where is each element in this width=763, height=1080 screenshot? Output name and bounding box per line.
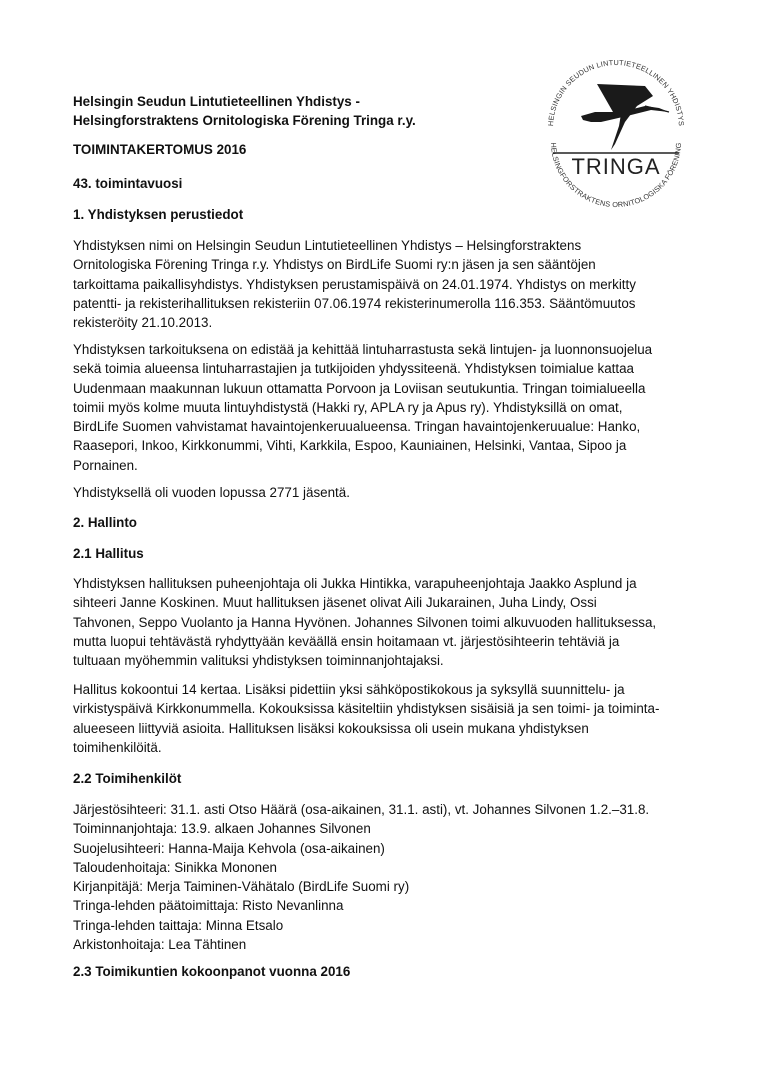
staff-item: Toiminnanjohtaja: 13.9. alkaen Johannes … [73, 819, 649, 838]
paragraph-purpose: Yhdistyksen tarkoituksena on edistää ja … [73, 340, 652, 475]
staff-list: Järjestösihteeri: 31.1. asti Otso Häärä … [73, 800, 649, 954]
text-line: Yhdistyksen nimi on Helsingin Seudun Lin… [73, 236, 636, 255]
text-line: Yhdistyksen tarkoituksena on edistää ja … [73, 340, 652, 359]
bird-silhouette-icon [581, 84, 669, 150]
staff-item: Suojelusihteeri: Hanna-Maija Kehvola (os… [73, 839, 649, 858]
text-line: Pornainen. [73, 456, 652, 475]
organization-title: Helsingin Seudun Lintutieteellinen Yhdis… [73, 92, 416, 130]
logo-wordmark-text: TRINGA [571, 154, 660, 179]
text-line: Ornitologiska Förening Tringa r.y. Yhdis… [73, 255, 636, 274]
staff-item: Tringa-lehden päätoimittaja: Risto Nevan… [73, 896, 649, 915]
text-line: toimihenkilöitä. [73, 738, 659, 757]
staff-item: Arkistonhoitaja: Lea Tähtinen [73, 935, 649, 954]
staff-item: Järjestösihteeri: 31.1. asti Otso Häärä … [73, 800, 649, 819]
heading-section-2-2: 2.2 Toimihenkilöt [73, 769, 181, 788]
text-line: mutta luopui tehtävästä ryhdyttyään kevä… [73, 632, 656, 651]
heading-section-2: 2. Hallinto [73, 513, 137, 532]
paragraph-members: Yhdistyksellä oli vuoden lopussa 2771 jä… [73, 483, 350, 502]
text-line: Yhdistyksen hallituksen puheenjohtaja ol… [73, 574, 656, 593]
paragraph-board: Yhdistyksen hallituksen puheenjohtaja ol… [73, 574, 656, 670]
heading-section-1: 1. Yhdistyksen perustiedot [73, 205, 243, 224]
org-title-line: Helsingin Seudun Lintutieteellinen Yhdis… [73, 92, 416, 111]
text-line: BirdLife Suomen vahvistamat havaintojenk… [73, 417, 652, 436]
text-line: Raasepori, Inkoo, Kirkkonummi, Vihti, Ka… [73, 436, 652, 455]
paragraph-basic-info: Yhdistyksen nimi on Helsingin Seudun Lin… [73, 236, 636, 332]
text-line: Uudenmaan maakunnan lukuun ottamatta Por… [73, 379, 652, 398]
text-line: sekä toimia alueensa lintuharrastajien j… [73, 359, 652, 378]
operating-year: 43. toimintavuosi [73, 174, 182, 193]
tringa-bird-logo-icon: HELSINGIN SEUDUN LINTUTIETEELLINEN YHDIS… [541, 50, 691, 210]
staff-item: Kirjanpitäjä: Merja Taiminen-Vähätalo (B… [73, 877, 649, 896]
text-line: rekisteröity 21.10.2013. [73, 313, 636, 332]
text-line: sihteeri Janne Koskinen. Muut hallitukse… [73, 593, 656, 612]
heading-section-2-1: 2.1 Hallitus [73, 544, 144, 563]
text-line: tarkoittama paikallisyhdistys. Yhdistyks… [73, 275, 636, 294]
org-title-line: Helsingforstraktens Ornitologiska Föreni… [73, 111, 416, 130]
staff-item: Taloudenhoitaja: Sinikka Mononen [73, 858, 649, 877]
report-title: TOIMINTAKERTOMUS 2016 [73, 140, 246, 159]
text-line: tultuaan myöhemmin valituksi yhdistyksen… [73, 651, 656, 670]
text-line: virkistyspäivä Kirkkonummella. Kokouksis… [73, 699, 659, 718]
text-line: toimii myös kolme muuta lintuyhdistystä … [73, 398, 652, 417]
heading-section-2-3: 2.3 Toimikuntien kokoonpanot vuonna 2016 [73, 962, 350, 981]
staff-item: Tringa-lehden taittaja: Minna Etsalo [73, 916, 649, 935]
text-line: alueeseen liittyviä asioita. Hallituksen… [73, 719, 659, 738]
text-line: Hallitus kokoontui 14 kertaa. Lisäksi pi… [73, 680, 659, 699]
paragraph-meetings: Hallitus kokoontui 14 kertaa. Lisäksi pi… [73, 680, 659, 757]
text-line: patentti- ja rekisterihallituksen rekist… [73, 294, 636, 313]
text-line: Tahvonen, Seppo Vuolanto ja Hanna Hyvöne… [73, 613, 656, 632]
tringa-wordmark: TRINGA [553, 153, 679, 179]
